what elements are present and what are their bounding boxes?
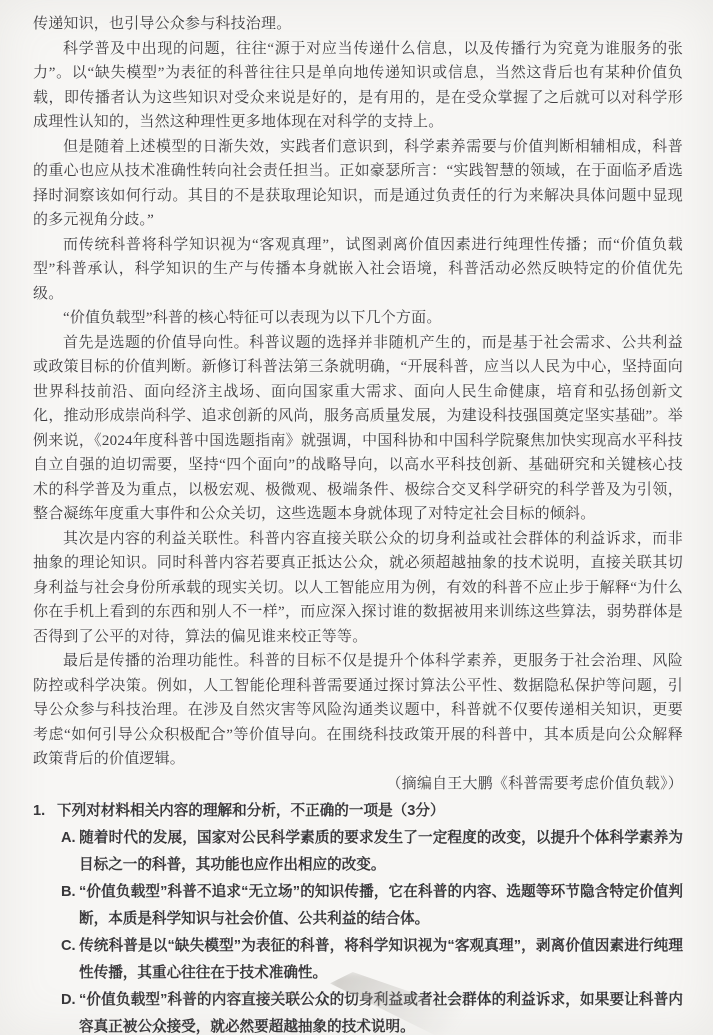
- option-b-text: “价值负载型”科普不追求“无立场”的知识传播，它在科普的内容、选题等环节隐含特定…: [79, 884, 683, 927]
- option-c-label: C.: [61, 933, 79, 960]
- option-d: D.“价值负载型”科普的内容直接关联公众的切身利益或者社会群体的利益诉求，如果要…: [61, 987, 683, 1035]
- passage-paragraph-continuation: 传递知识，也引导公众参与科技治理。: [33, 12, 683, 37]
- option-c: C.传统科普是以“缺失模型”为表征的科普，将科学知识视为“客观真理”，剥离价值因…: [61, 933, 683, 987]
- option-b-label: B.: [61, 879, 79, 906]
- option-a-label: A.: [61, 825, 79, 852]
- question-number: 1.: [33, 798, 57, 825]
- reading-passage: 传递知识，也引导公众参与科技治理。 科学普及中出现的问题，往往“源于对应当传递什…: [33, 12, 683, 796]
- passage-paragraph: 而传统科普将科学知识视为“客观真理”，试图剥离价值因素进行纯理性传播；而“价值负…: [33, 233, 683, 307]
- passage-paragraph: 首先是选题的价值导向性。科普议题的选择并非随机产生的，而是基于社会需求、公共利益…: [33, 331, 683, 527]
- passage-paragraph: 但是随着上述模型的日渐失效，实践者们意识到，科学素养需要与价值判断相辅相成，科普…: [33, 135, 683, 233]
- scanned-exam-page: 传递知识，也引导公众参与科技治理。 科学普及中出现的问题，往往“源于对应当传递什…: [0, 0, 713, 1035]
- passage-attribution: （摘编自王大鹏《科普需要考虑价值负载》）: [33, 772, 683, 797]
- option-a-text: 随着时代的发展，国家对公民科学素质的要求发生了一定程度的改变，以提升个体科学素养…: [79, 830, 683, 873]
- passage-paragraph: 最后是传播的治理功能性。科普的目标不仅是提升个体科学素养，更服务于社会治理、风险…: [33, 649, 683, 772]
- option-a: A.随着时代的发展，国家对公民科学素质的要求发生了一定程度的改变，以提升个体科学…: [61, 825, 683, 879]
- passage-paragraph: 其次是内容的利益关联性。科普内容直接关联公众的切身利益或社会群体的利益诉求，而非…: [33, 527, 683, 650]
- passage-paragraph: “价值负载型”科普的核心特征可以表现为以下几个方面。: [33, 306, 683, 331]
- option-b: B.“价值负载型”科普不追求“无立场”的知识传播，它在科普的内容、选题等环节隐含…: [61, 879, 683, 933]
- option-d-label: D.: [61, 987, 79, 1014]
- question-stem: 下列对材料相关内容的理解和分析，不正确的一项是（3分）: [57, 803, 445, 819]
- passage-paragraph: 科学普及中出现的问题，往往“源于对应当传递什么信息，以及传播行为究竟为谁服务的张…: [33, 37, 683, 135]
- question-stem-row: 1.下列对材料相关内容的理解和分析，不正确的一项是（3分）: [33, 798, 683, 825]
- question-1: 1.下列对材料相关内容的理解和分析，不正确的一项是（3分） A.随着时代的发展，…: [33, 798, 683, 1035]
- option-c-text: 传统科普是以“缺失模型”为表征的科普，将科学知识视为“客观真理”，剥离价值因素进…: [79, 938, 683, 981]
- option-d-text: “价值负载型”科普的内容直接关联公众的切身利益或者社会群体的利益诉求，如果要让科…: [79, 992, 683, 1035]
